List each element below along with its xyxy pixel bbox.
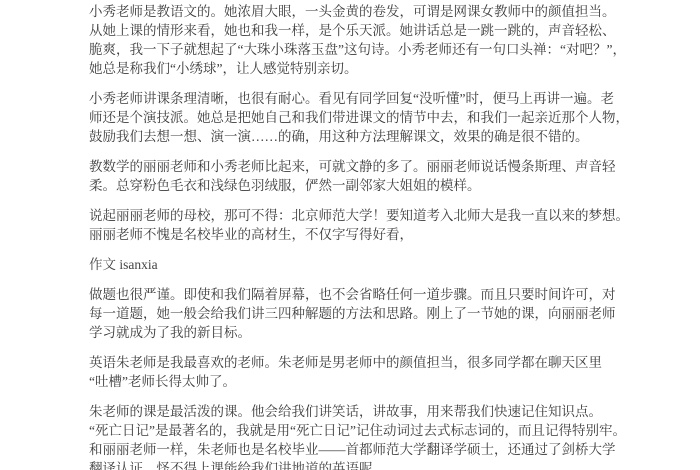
byline: 作文 isanxia — [89, 255, 617, 274]
document-page: 小秀老师是教语文的。她浓眉大眼，一头金黄的卷发，可谓是网课女教师中的颜值担当。从… — [0, 0, 700, 470]
text-line: 小秀老师讲课条理清晰，也很有耐心。看见有同学回复“没听懂”时，便马上再讲一遍。老 — [89, 89, 617, 108]
text-line: “死亡日记”是最著名的，我就是用“死亡日记”记住动词过去式标志词的，而且记得特别… — [89, 421, 617, 440]
paragraph: 小秀老师讲课条理清晰，也很有耐心。看见有同学回复“没听懂”时，便马上再讲一遍。老… — [89, 89, 617, 146]
paragraph: 英语朱老师是我最喜欢的老师。朱老师是男老师中的颜值担当，很多同学都在聊天区里“吐… — [89, 353, 617, 391]
text-line: 朱老师的课是最活泼的课。他会给我们讲笑话，讲故事，用来帮我们快速记住知识点。 — [89, 402, 617, 421]
text-line: 丽丽老师不愧是名校毕业的高材生，不仅字写得好看， — [89, 225, 617, 244]
text-line: 作文 isanxia — [89, 255, 617, 274]
text-line: 小秀老师是教语文的。她浓眉大眼，一头金黄的卷发，可谓是网课女教师中的颜值担当。 — [89, 2, 617, 21]
text-line: 和丽丽老师一样，朱老师也是名校毕业——首都师范大学翻译学硕士，还通过了剑桥大学 — [89, 440, 617, 459]
paragraph: 朱老师的课是最活泼的课。他会给我们讲笑话，讲故事，用来帮我们快速记住知识点。“死… — [89, 402, 617, 470]
text-line: 从她上课的情形来看，她也和我一样，是个乐天派。她讲话总是一跳一跳的，声音轻松、 — [89, 21, 617, 40]
text-line: 英语朱老师是我最喜欢的老师。朱老师是男老师中的颜值担当，很多同学都在聊天区里 — [89, 353, 617, 372]
text-line: 做题也很严谨。即使和我们隔着屏幕，也不会省略任何一道步骤。而且只要时间许可，对 — [89, 285, 617, 304]
text-line: 说起丽丽老师的母校，那可不得：北京师范大学！要知道考入北师大是我一直以来的梦想。 — [89, 206, 617, 225]
text-line: 学习就成为了我的新目标。 — [89, 323, 617, 342]
text-line: 脆爽，我一下子就想起了“大珠小珠落玉盘”这句诗。小秀老师还有一句口头禅：“对吧？… — [89, 40, 617, 59]
paragraph: 小秀老师是教语文的。她浓眉大眼，一头金黄的卷发，可谓是网课女教师中的颜值担当。从… — [89, 2, 617, 78]
paragraph: 做题也很严谨。即使和我们隔着屏幕，也不会省略任何一道步骤。而且只要时间许可，对每… — [89, 285, 617, 342]
paragraph: 教数学的丽丽老师和小秀老师比起来，可就文静的多了。丽丽老师说话慢条斯理、声音轻柔… — [89, 157, 617, 195]
text-line: “吐槽”老师长得太帅了。 — [89, 372, 617, 391]
paragraph: 说起丽丽老师的母校，那可不得：北京师范大学！要知道考入北师大是我一直以来的梦想。… — [89, 206, 617, 244]
text-line: 柔。总穿粉色毛衣和浅绿色羽绒服，俨然一副邻家大姐姐的模样。 — [89, 176, 617, 195]
text-line: 每一道题，她一般会给我们讲三四种解题的方法和思路。刚上了一节她的课，向丽丽老师 — [89, 304, 617, 323]
text-line: 师还是个演技派。她总是把她自己和我们带进课文的情节中去，和我们一起亲近那个人物， — [89, 108, 617, 127]
text-line: 她总是称我们“小绣球”，让人感觉特别亲切。 — [89, 59, 617, 78]
text-line: 鼓励我们去想一想、演一演……的确，用这种方法理解课文，效果的确是很不错的。 — [89, 127, 617, 146]
document-body: 小秀老师是教语文的。她浓眉大眼，一头金黄的卷发，可谓是网课女教师中的颜值担当。从… — [89, 2, 617, 470]
text-line: 教数学的丽丽老师和小秀老师比起来，可就文静的多了。丽丽老师说话慢条斯理、声音轻 — [89, 157, 617, 176]
text-line: 翻译认证，怪不得上课能给我们讲地道的英语呢。 — [89, 459, 617, 470]
